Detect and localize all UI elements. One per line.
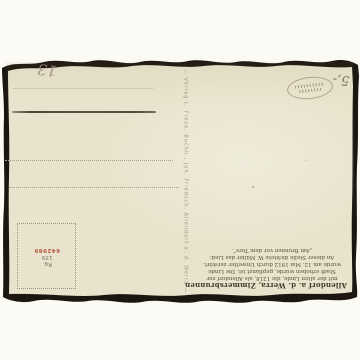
address-line-solid bbox=[12, 111, 156, 113]
caption-body-line-3: wurde am 12. Mai 1912 durch Unwetter zer… bbox=[197, 260, 347, 267]
caption-title: Allendorf a. d. Werra, Zimmersbrunnen bbox=[197, 281, 347, 290]
publisher-imprint: — Verlag L. Frese, Buchh., Joh. Friedsch… bbox=[181, 62, 190, 300]
caption-quote: „Am Brunnen vor dem Tore“. bbox=[197, 246, 347, 253]
pencil-mark-139: 139 bbox=[34, 253, 60, 260]
handwritten-number: 13 bbox=[33, 59, 61, 80]
stamp-box: Rg. 139 642989 bbox=[17, 223, 76, 289]
scanned-postcard-page: 13 Rg. 139 642989 — Verlag L. Frese, Buc… bbox=[0, 0, 360, 360]
paper-speck bbox=[252, 186, 254, 188]
paper-speck bbox=[305, 160, 306, 161]
stamp-illegible-text-line bbox=[299, 88, 321, 93]
caption-body-line-1: mit der alten Linde, die 1218, als Allen… bbox=[197, 274, 347, 281]
paper-speck bbox=[103, 205, 105, 206]
caption-body-line-4: An dieser Stelle dichtete W. Müller das … bbox=[197, 253, 347, 260]
caption-body-line-2: Stadt erhoben wurde, gepflanzt ist. Die … bbox=[197, 267, 347, 274]
red-collector-number: 642989 bbox=[34, 246, 60, 253]
stamp-box-marks: Rg. 139 642989 bbox=[34, 246, 60, 267]
pencil-mark-rg: Rg. bbox=[34, 260, 60, 267]
address-line-dotted-3 bbox=[9, 187, 179, 188]
caption-block: Allendorf a. d. Werra, Zimmersbrunnen mi… bbox=[197, 246, 347, 290]
address-line-dotted-1 bbox=[13, 88, 154, 89]
address-line-dotted-2 bbox=[5, 160, 173, 161]
pencil-price-mark: 5,- bbox=[331, 71, 352, 87]
